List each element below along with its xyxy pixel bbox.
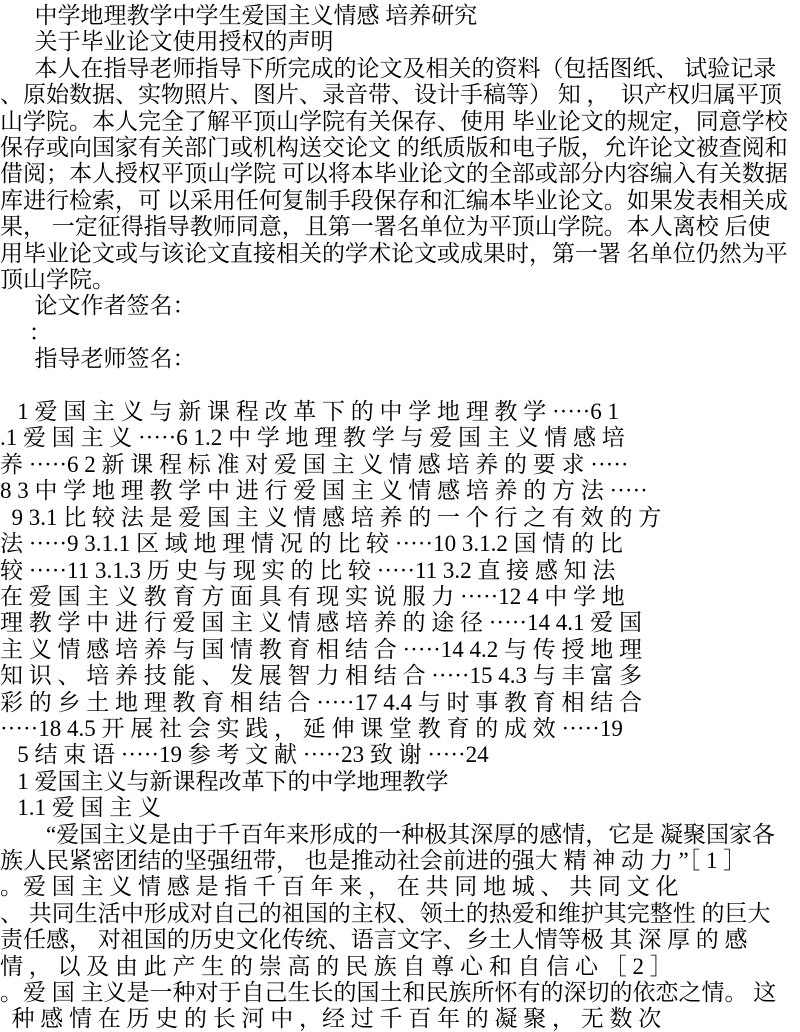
toc-line: 理 教 学 中 进 行 爱 国 主 义 情 感 培 养 的 途 径 ·····1…: [0, 610, 800, 636]
declaration-line: 山学院。本人完全了解平顶山学院有关保存、使用 毕业论文的规定，同意学校: [0, 109, 800, 135]
toc-line: .1 爱 国 主 义 ·····6 1.2 中 学 地 理 教 学 与 爱 国 …: [0, 425, 800, 451]
declaration-line: 借阅；本人授权平顶山学院 可以将本毕业论文的全部或部分内容编入有关数据: [0, 161, 800, 187]
colon-line: ：: [0, 320, 800, 346]
thesis-title: 中学地理教学中学生爱国主义情感 培养研究: [0, 3, 800, 29]
declaration-line: 果， 一定征得指导教师同意，且第一署名单位为平顶山学院。本人离校 后使: [0, 214, 800, 240]
body-line: 。爱 国 主 义 情 感 是 指 千 百 年 来 ， 在 共 同 地 城 、 共…: [0, 874, 800, 900]
authorization-statement-heading: 关于毕业论文使用授权的声明: [0, 29, 800, 55]
body-line: 情 ， 以 及 由 此 产 生 的 崇 高 的 民 族 自 尊 心 和 自 信 …: [0, 954, 800, 980]
section-1-1-heading: 1.1 爱 国 主 义: [0, 795, 800, 821]
toc-line: 5 结 束 语 ·····19 参 考 文 献 ·····23 致 谢 ····…: [0, 742, 800, 768]
declaration-line: 本人在指导老师指导下所完成的论文及相关的资料（包括图纸、 试验记录: [0, 56, 800, 82]
body-line: 族人民紧密团结的坚强纽带， 也是推动社会前进的强大 精 神 动 力 ”［ 1 ］: [0, 848, 800, 874]
author-signature-label: 论文作者签名：: [0, 293, 800, 319]
chapter-1-heading: 1 爱国主义与新课程改革下的中学地理教学: [0, 769, 800, 795]
toc-line: ·····18 4.5 开 展 社 会 实 践 ， 延 伸 课 堂 教 育 的 …: [0, 716, 800, 742]
declaration-line: 顶山学院。: [0, 267, 800, 293]
toc-line: 较 ·····11 3.1.3 历 史 与 现 实 的 比 较 ·····11 …: [0, 558, 800, 584]
toc-line: 养 ·····6 2 新 课 程 标 准 对 爱 国 主 义 情 感 培 养 的…: [0, 452, 800, 478]
body-line: 、 共同生活中形成对自己的祖国的主权、领土的热爱和维护其完整性 的巨大: [0, 901, 800, 927]
declaration-line: 、原始数据、实物照片、图片、录音带、设计手稿等） 知 ， 识产权归属平顶: [0, 82, 800, 108]
body-line: 责任感， 对祖国的历史文化传统、语言文字、乡土人情等极 其 深 厚 的 感: [0, 927, 800, 953]
document-page: 中学地理教学中学生爱国主义情感 培养研究 关于毕业论文使用授权的声明 本人在指导…: [0, 0, 800, 1032]
blank-line: [0, 373, 800, 399]
declaration-line: 用毕业论文或与该论文直接相关的学术论文或成果时，第一署 名单位仍然为平: [0, 241, 800, 267]
body-line: “爱国主义是由于千百年来形成的一种极其深厚的感情，它是 凝聚国家各: [0, 822, 800, 848]
toc-line: 在 爱 国 主 义 教 育 方 面 具 有 现 实 说 服 力 ·····12 …: [0, 584, 800, 610]
body-line: 种 感 情 在 历 史 的 长 河 中 ，经 过 千 百 年 的 凝 聚 ， 无…: [0, 1006, 800, 1032]
toc-line: 8 3 中 学 地 理 教 学 中 进 行 爱 国 主 义 情 感 培 养 的 …: [0, 478, 800, 504]
toc-line: 知 识 、 培 养 技 能 、 发 展 智 力 相 结 合 ·····15 4.…: [0, 663, 800, 689]
toc-line: 法 ·····9 3.1.1 区 域 地 理 情 况 的 比 较 ·····10…: [0, 531, 800, 557]
body-line: 。爱 国 主义是一种对于自己生长的国土和民族所怀有的深切的依恋之情。 这: [0, 980, 800, 1006]
declaration-line: 库进行检索，可 以采用任何复制手段保存和汇编本毕业论文。如果发表相关成: [0, 188, 800, 214]
toc-line: 主 义 情 感 培 养 与 国 情 教 育 相 结 合 ·····14 4.2 …: [0, 637, 800, 663]
advisor-signature-label: 指导老师签名：: [0, 346, 800, 372]
toc-line: 1 爱 国 主 义 与 新 课 程 改 革 下 的 中 学 地 理 教 学 ··…: [0, 399, 800, 425]
toc-line: 彩 的 乡 土 地 理 教 育 相 结 合 ·····17 4.4 与 时 事 …: [0, 690, 800, 716]
declaration-line: 保存或向国家有关部门或机构送交论文 的纸质版和电子版，允许论文被查阅和: [0, 135, 800, 161]
toc-line: 9 3.1 比 较 法 是 爱 国 主 义 情 感 培 养 的 一 个 行 之 …: [0, 505, 800, 531]
